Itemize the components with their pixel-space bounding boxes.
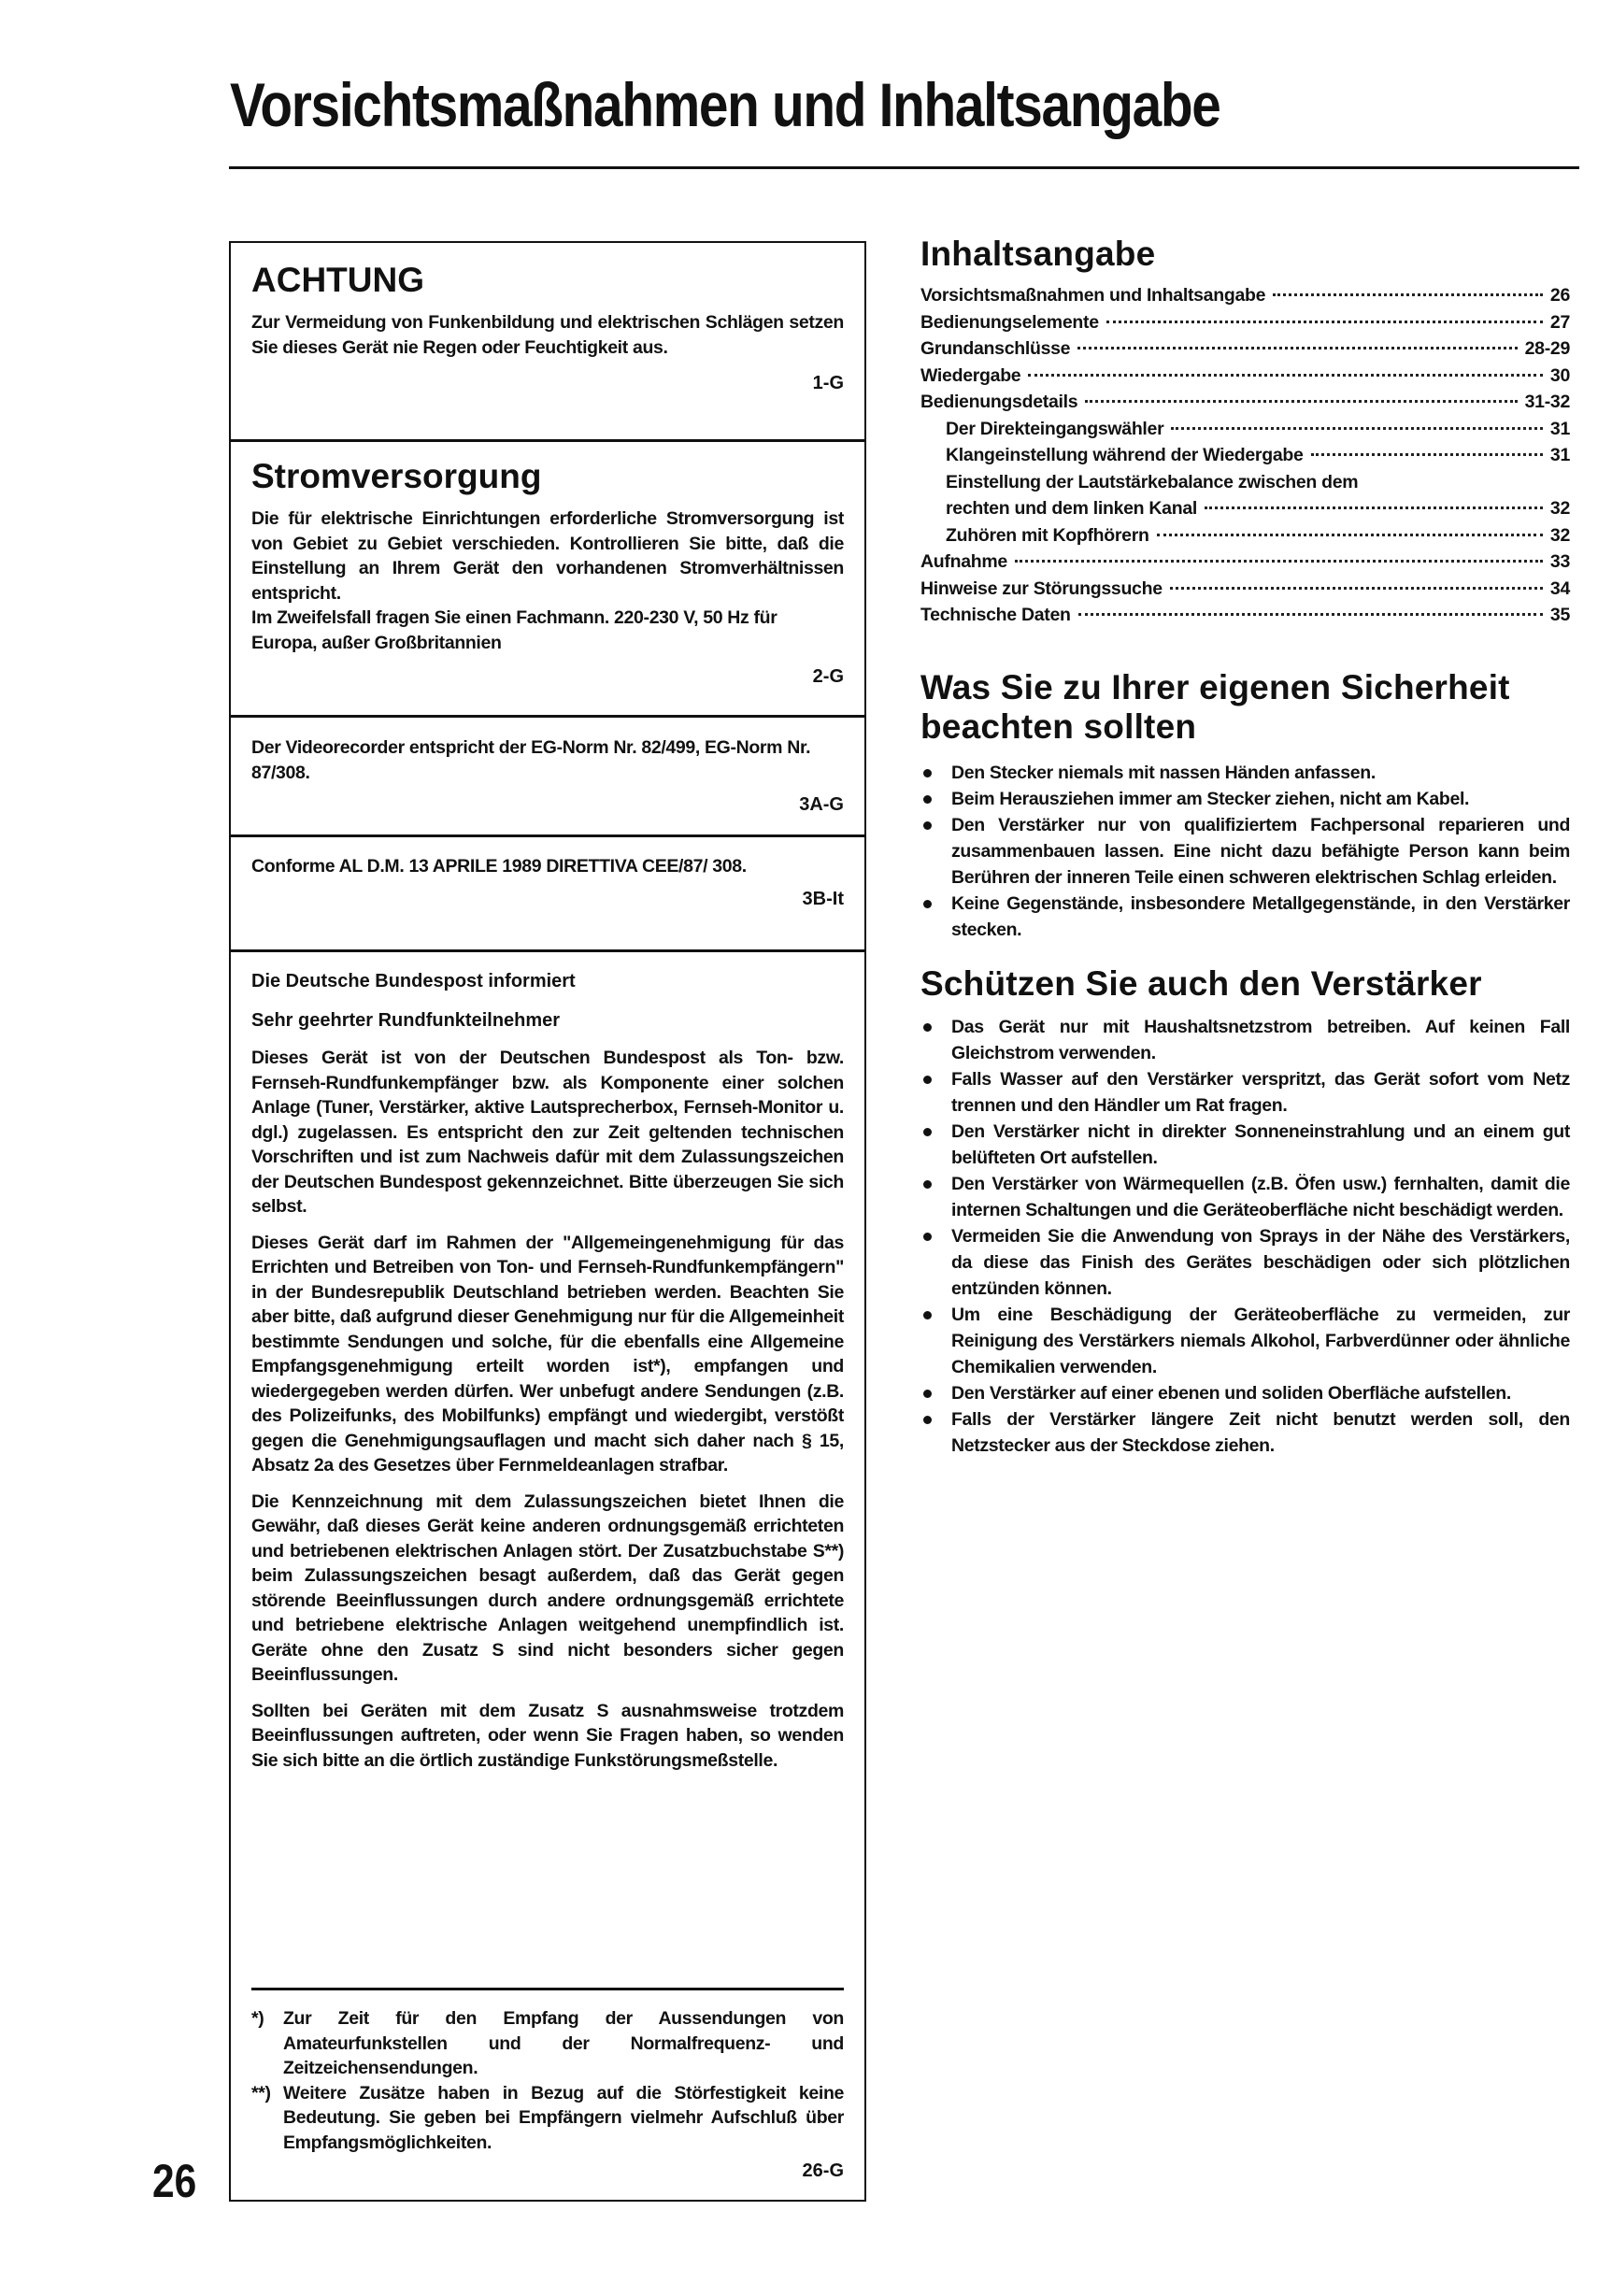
right-column: Inhaltsangabe Vorsichtsmaßnahmen und Inh… bbox=[920, 234, 1570, 1459]
protect-item: Falls der Verstärker längere Zeit nicht … bbox=[920, 1406, 1570, 1459]
toc-entry-page: 27 bbox=[1550, 309, 1570, 336]
safety-item: Den Verstärker nur von qualifiziertem Fa… bbox=[920, 812, 1570, 891]
bundespost-code: 26-G bbox=[251, 2161, 844, 2182]
footnote-rule bbox=[251, 1988, 844, 1990]
toc-entry-page: 35 bbox=[1550, 602, 1570, 629]
toc-entry[interactable]: Bedienungselemente27 bbox=[920, 309, 1570, 336]
toc-entry-label: Aufnahme bbox=[920, 549, 1007, 576]
toc-entry-label: Klangeinstellung während der Wiedergabe bbox=[946, 442, 1304, 469]
page-number: 26 bbox=[152, 2155, 196, 2207]
footnote-text: Weitere Zusätze haben in Bezug auf die S… bbox=[283, 2081, 844, 2156]
eg-norm-text: Der Videorecorder entspricht der EG-Norm… bbox=[251, 735, 844, 785]
protect-item: Das Gerät nur mit Haushaltsnetzstrom bet… bbox=[920, 1014, 1570, 1066]
toc-entry-label: Vorsichtsmaßnahmen und Inhaltsangabe bbox=[920, 282, 1265, 309]
protect-item: Vermeiden Sie die Anwendung von Sprays i… bbox=[920, 1223, 1570, 1302]
safety-list: Den Stecker niemals mit nassen Händen an… bbox=[920, 760, 1570, 943]
safety-heading: Was Sie zu Ihrer eigenen Sicherheit beac… bbox=[920, 668, 1570, 747]
toc-leader bbox=[1171, 427, 1543, 430]
footnote: *) Zur Zeit für den Empfang der Aussendu… bbox=[251, 2006, 844, 2081]
bundespost-section: Die Deutsche Bundespost informiert Sehr … bbox=[231, 969, 864, 1773]
toc-leader bbox=[1015, 560, 1543, 563]
toc-heading: Inhaltsangabe bbox=[920, 234, 1570, 275]
safety-item: Keine Gegenstände, insbesondere Metallge… bbox=[920, 891, 1570, 943]
footnote-mark: **) bbox=[251, 2081, 283, 2156]
protect-item: Um eine Beschädigung der Geräteoberfläch… bbox=[920, 1302, 1570, 1380]
toc-leader bbox=[1157, 534, 1543, 536]
safety-item: Den Stecker niemals mit nassen Händen an… bbox=[920, 760, 1570, 786]
toc-leader bbox=[1078, 613, 1543, 616]
toc-entry-label: rechten und dem linken Kanal bbox=[946, 495, 1197, 522]
toc-entry-label: Bedienungsdetails bbox=[920, 389, 1077, 416]
eg-norm-code: 3A-G bbox=[251, 794, 844, 816]
eg-norm-section: Der Videorecorder entspricht der EG-Norm… bbox=[231, 735, 864, 816]
toc-entry[interactable]: rechten und dem linken Kanal32 bbox=[920, 495, 1570, 522]
section-divider bbox=[231, 715, 864, 718]
toc-leader bbox=[1077, 347, 1517, 349]
toc-leader bbox=[1205, 506, 1543, 509]
stromversorgung-heading: Stromversorgung bbox=[251, 456, 844, 497]
conforme-text: Conforme AL D.M. 13 APRILE 1989 DIRETTIV… bbox=[251, 854, 844, 879]
toc-entry-page: 30 bbox=[1550, 363, 1570, 390]
toc-entry[interactable]: Der Direkteingangswähler31 bbox=[920, 416, 1570, 443]
bundespost-paragraph: Die Kennzeichnung mit dem Zulassungszeic… bbox=[251, 1490, 844, 1688]
toc-entry-page: 26 bbox=[1550, 282, 1570, 309]
section-divider bbox=[231, 949, 864, 952]
toc-entry-label: Grundanschlüsse bbox=[920, 335, 1070, 363]
notices-box: ACHTUNG Zur Vermeidung von Funkenbildung… bbox=[229, 241, 866, 2202]
toc-entry-page: 31-32 bbox=[1525, 389, 1570, 416]
page-title: Vorsichtsmaßnahmen und Inhaltsangabe bbox=[230, 67, 1220, 142]
footnotes: *) Zur Zeit für den Empfang der Aussendu… bbox=[231, 2006, 864, 2182]
toc-entry-label: Technische Daten bbox=[920, 602, 1071, 629]
toc-leader bbox=[1311, 453, 1543, 456]
toc-entry-page: 31 bbox=[1550, 416, 1570, 443]
toc-entry[interactable]: Klangeinstellung während der Wiedergabe3… bbox=[920, 442, 1570, 469]
toc-entry-label: Einstellung der Lautstärkebalance zwisch… bbox=[946, 469, 1358, 496]
toc-leader bbox=[1106, 321, 1543, 323]
toc-entry-page: 32 bbox=[1550, 495, 1570, 522]
stromversorgung-section: Stromversorgung Die für elektrische Einr… bbox=[231, 456, 864, 688]
toc-entry-label: Wiedergabe bbox=[920, 363, 1020, 390]
title-rule bbox=[229, 166, 1579, 169]
toc-entry-page: 28-29 bbox=[1525, 335, 1570, 363]
protect-item: Falls Wasser auf den Verstärker versprit… bbox=[920, 1066, 1570, 1119]
toc-leader bbox=[1085, 400, 1517, 403]
toc-entry[interactable]: Hinweise zur Störungssuche34 bbox=[920, 576, 1570, 603]
bundespost-paragraph: Dieses Gerät ist von der Deutschen Bunde… bbox=[251, 1046, 844, 1219]
protect-item: Den Verstärker von Wärmequellen (z.B. Öf… bbox=[920, 1171, 1570, 1223]
bundespost-heading: Die Deutsche Bundespost informiert bbox=[251, 969, 844, 993]
bundespost-paragraph: Dieses Gerät darf im Rahmen der "Allgeme… bbox=[251, 1231, 844, 1478]
footnote-mark: *) bbox=[251, 2006, 283, 2081]
toc-entry-page: 33 bbox=[1550, 549, 1570, 576]
achtung-section: ACHTUNG Zur Vermeidung von Funkenbildung… bbox=[231, 260, 864, 394]
toc-entry[interactable]: Bedienungsdetails31-32 bbox=[920, 389, 1570, 416]
protect-list: Das Gerät nur mit Haushaltsnetzstrom bet… bbox=[920, 1014, 1570, 1459]
stromversorgung-code: 2-G bbox=[251, 666, 844, 688]
toc-entry-page: 34 bbox=[1550, 576, 1570, 603]
footnote: **) Weitere Zusätze haben in Bezug auf d… bbox=[251, 2081, 844, 2156]
stromversorgung-text-2: Im Zweifelsfall fragen Sie einen Fachman… bbox=[251, 606, 844, 655]
achtung-heading: ACHTUNG bbox=[251, 260, 844, 301]
conforme-section: Conforme AL D.M. 13 APRILE 1989 DIRETTIV… bbox=[231, 854, 864, 910]
table-of-contents: Vorsichtsmaßnahmen und Inhaltsangabe26 B… bbox=[920, 282, 1570, 629]
bundespost-salutation: Sehr geehrter Rundfunkteilnehmer bbox=[251, 1008, 844, 1033]
protect-item: Den Verstärker auf einer ebenen und soli… bbox=[920, 1380, 1570, 1406]
protect-item: Den Verstärker nicht in direkter Sonnene… bbox=[920, 1119, 1570, 1171]
toc-leader bbox=[1273, 293, 1543, 296]
conforme-code: 3B-It bbox=[251, 889, 844, 910]
toc-entry-page: 32 bbox=[1550, 522, 1570, 549]
toc-leader bbox=[1170, 587, 1543, 590]
achtung-code: 1-G bbox=[251, 373, 844, 394]
toc-entry[interactable]: Grundanschlüsse28-29 bbox=[920, 335, 1570, 363]
bundespost-paragraph: Sollten bei Geräten mit dem Zusatz S aus… bbox=[251, 1699, 844, 1774]
footnote-text: Zur Zeit für den Empfang der Aussendunge… bbox=[283, 2006, 844, 2081]
toc-entry-page: 31 bbox=[1550, 442, 1570, 469]
toc-entry-label: Bedienungselemente bbox=[920, 309, 1099, 336]
section-divider bbox=[231, 834, 864, 837]
section-divider bbox=[231, 439, 864, 442]
toc-entry-label: Hinweise zur Störungssuche bbox=[920, 576, 1163, 603]
toc-entry[interactable]: Aufnahme33 bbox=[920, 549, 1570, 576]
safety-item: Beim Herausziehen immer am Stecker ziehe… bbox=[920, 786, 1570, 812]
stromversorgung-text: Die für elektrische Einrichtungen erford… bbox=[251, 506, 844, 606]
toc-entry[interactable]: Einstellung der Lautstärkebalance zwisch… bbox=[920, 469, 1570, 496]
toc-entry-label: Zuhören mit Kopfhörern bbox=[946, 522, 1149, 549]
achtung-text: Zur Vermeidung von Funkenbildung und ele… bbox=[251, 310, 844, 360]
toc-leader bbox=[1028, 374, 1543, 377]
toc-entry[interactable]: Zuhören mit Kopfhörern32 bbox=[920, 522, 1570, 549]
toc-entry[interactable]: Technische Daten35 bbox=[920, 602, 1570, 629]
toc-entry-label: Der Direkteingangswähler bbox=[946, 416, 1163, 443]
protect-heading: Schützen Sie auch den Verstärker bbox=[920, 963, 1570, 1005]
toc-entry[interactable]: Vorsichtsmaßnahmen und Inhaltsangabe26 bbox=[920, 282, 1570, 309]
toc-entry[interactable]: Wiedergabe30 bbox=[920, 363, 1570, 390]
